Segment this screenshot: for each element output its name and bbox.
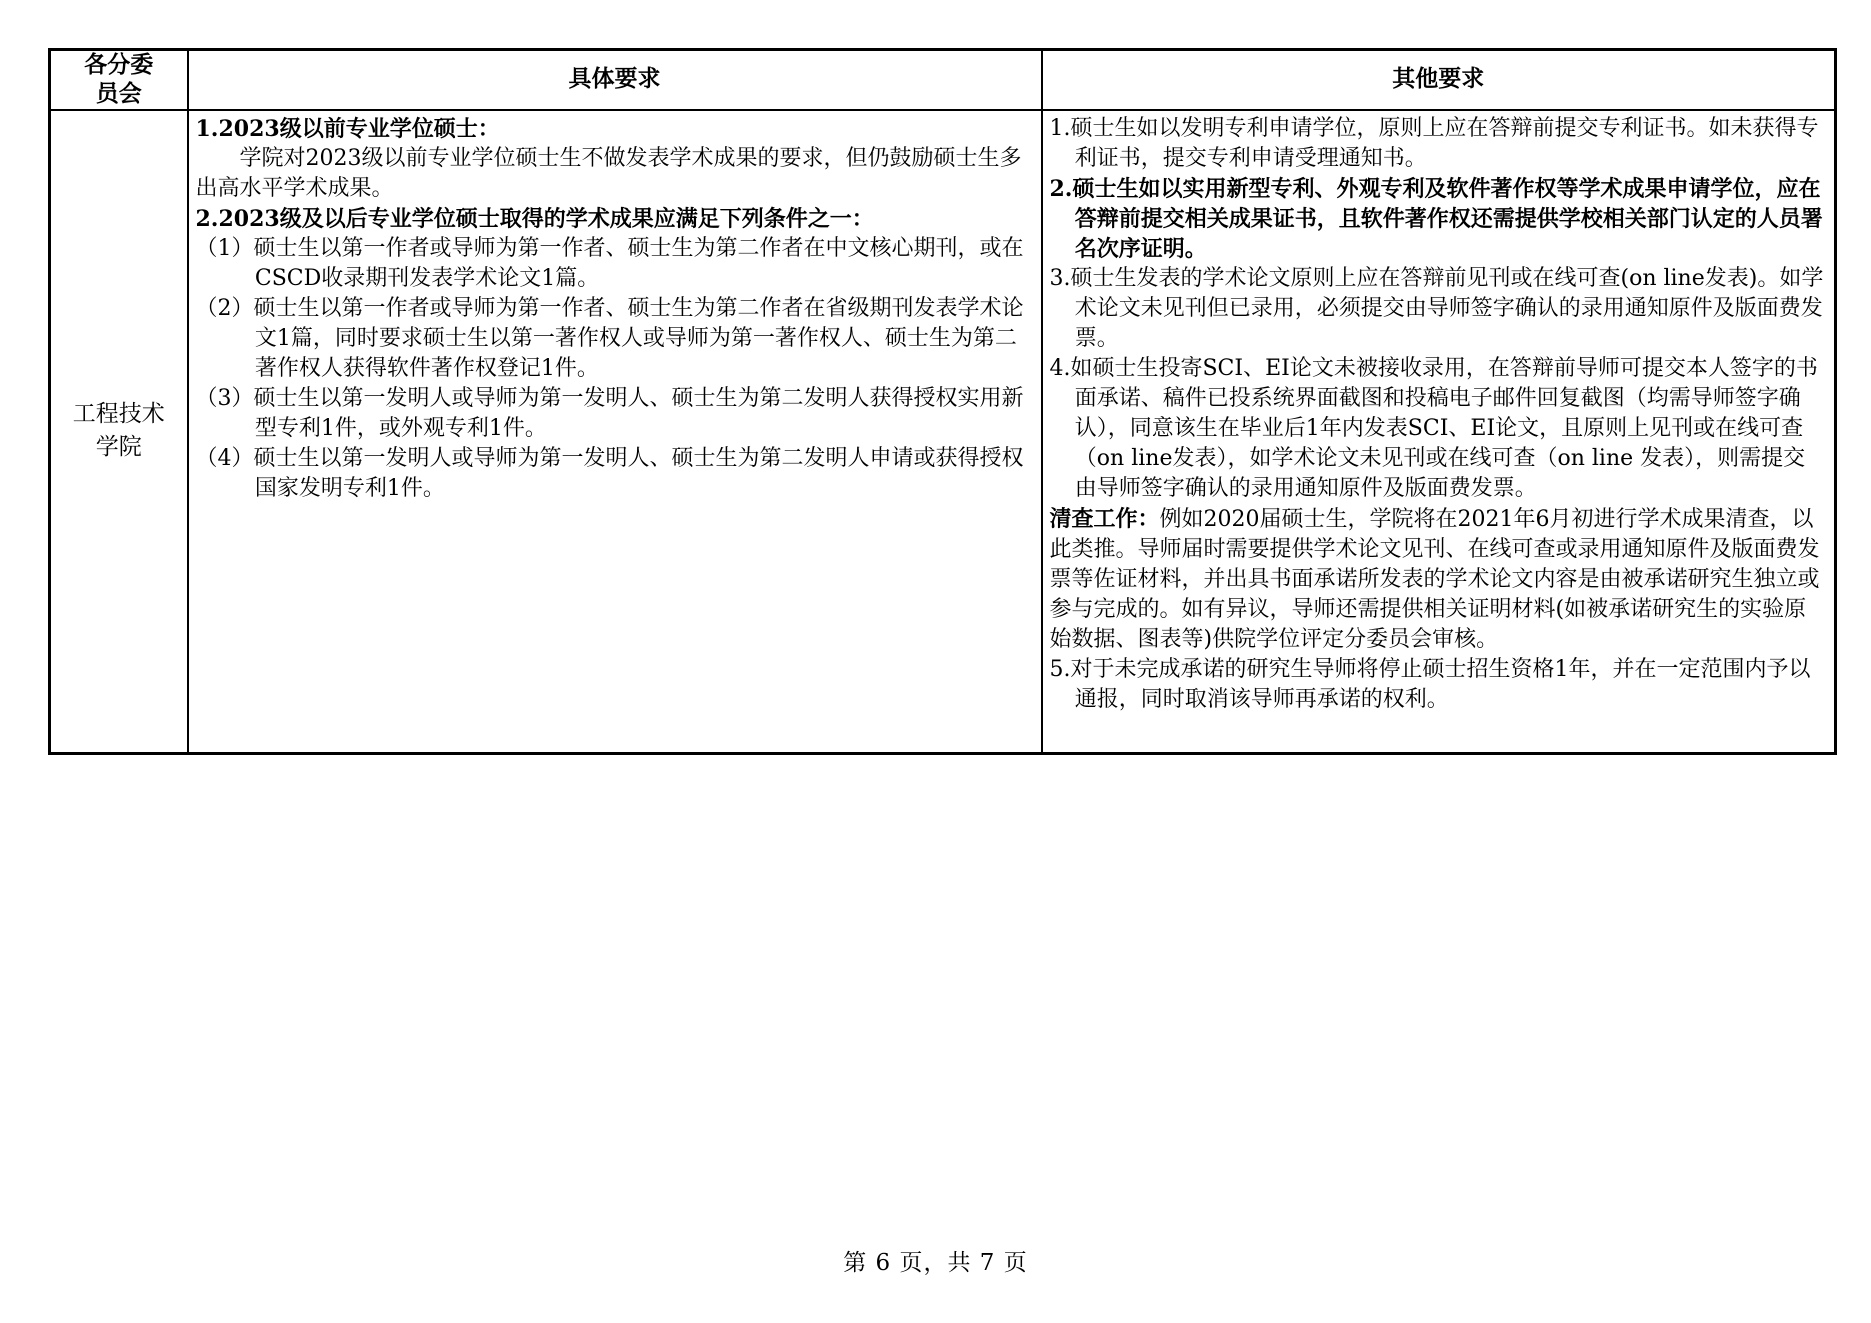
paragraph: 3.硕士生发表的学术论文原则上应在答辩前见刊或在线可查(on line发表)。如…: [1050, 264, 1827, 354]
paragraph: （2）硕士生以第一作者或导师为第一作者、硕士生为第二作者在省级期刊发表学术论文1…: [196, 294, 1033, 384]
paragraph: 清查工作：例如2020届硕士生，学院将在2021年6月初进行学术成果清查，以此类…: [1050, 504, 1827, 655]
header-committee: 各分委 员会: [50, 50, 188, 110]
paragraph: （3）硕士生以第一发明人或导师为第一发明人、硕士生为第二发明人获得授权实用新型专…: [196, 384, 1033, 444]
paragraph: 1.硕士生如以发明专利申请学位，原则上应在答辩前提交专利证书。如未获得专利证书，…: [1050, 114, 1827, 174]
table-row: 工程技术 学院 1.2023级以前专业学位硕士：学院对2023级以前专业学位硕士…: [50, 110, 1836, 754]
paragraph: 2.2023级及以后专业学位硕士取得的学术成果应满足下列条件之一：: [196, 204, 1033, 234]
page-number: 第 6 页，共 7 页: [0, 1244, 1871, 1277]
header-row: 各分委 员会 具体要求 其他要求: [50, 50, 1836, 110]
committee-name-cell: 工程技术 学院: [50, 110, 188, 754]
paragraph: （1）硕士生以第一作者或导师为第一作者、硕士生为第二作者在中文核心期刊，或在CS…: [196, 234, 1033, 294]
paragraph: 4.如硕士生投寄SCI、EI论文未被接收录用，在答辩前导师可提交本人签字的书面承…: [1050, 354, 1827, 504]
paragraph: 5.对于未完成承诺的研究生导师将停止硕士招生资格1年，并在一定范围内予以通报，同…: [1050, 655, 1827, 715]
requirements-table: 各分委 员会 具体要求 其他要求 工程技术 学院 1.2023级以前专业学位硕士…: [48, 48, 1837, 755]
document-page: 各分委 员会 具体要求 其他要求 工程技术 学院 1.2023级以前专业学位硕士…: [0, 0, 1871, 1323]
paragraph-lead: 清查工作：: [1050, 506, 1160, 532]
header-specific-requirements: 具体要求: [188, 50, 1042, 110]
paragraph: 2.硕士生如以实用新型专利、外观专利及软件著作权等学术成果申请学位，应在答辩前提…: [1050, 174, 1827, 264]
specific-requirements-cell: 1.2023级以前专业学位硕士：学院对2023级以前专业学位硕士生不做发表学术成…: [188, 110, 1042, 754]
paragraph: 1.2023级以前专业学位硕士：: [196, 114, 1033, 144]
paragraph: 学院对2023级以前专业学位硕士生不做发表学术成果的要求，但仍鼓励硕士生多出高水…: [196, 144, 1033, 204]
other-requirements-cell: 1.硕士生如以发明专利申请学位，原则上应在答辩前提交专利证书。如未获得专利证书，…: [1042, 110, 1836, 754]
paragraph: （4）硕士生以第一发明人或导师为第一发明人、硕士生为第二发明人申请或获得授权国家…: [196, 444, 1033, 504]
header-other-requirements: 其他要求: [1042, 50, 1836, 110]
